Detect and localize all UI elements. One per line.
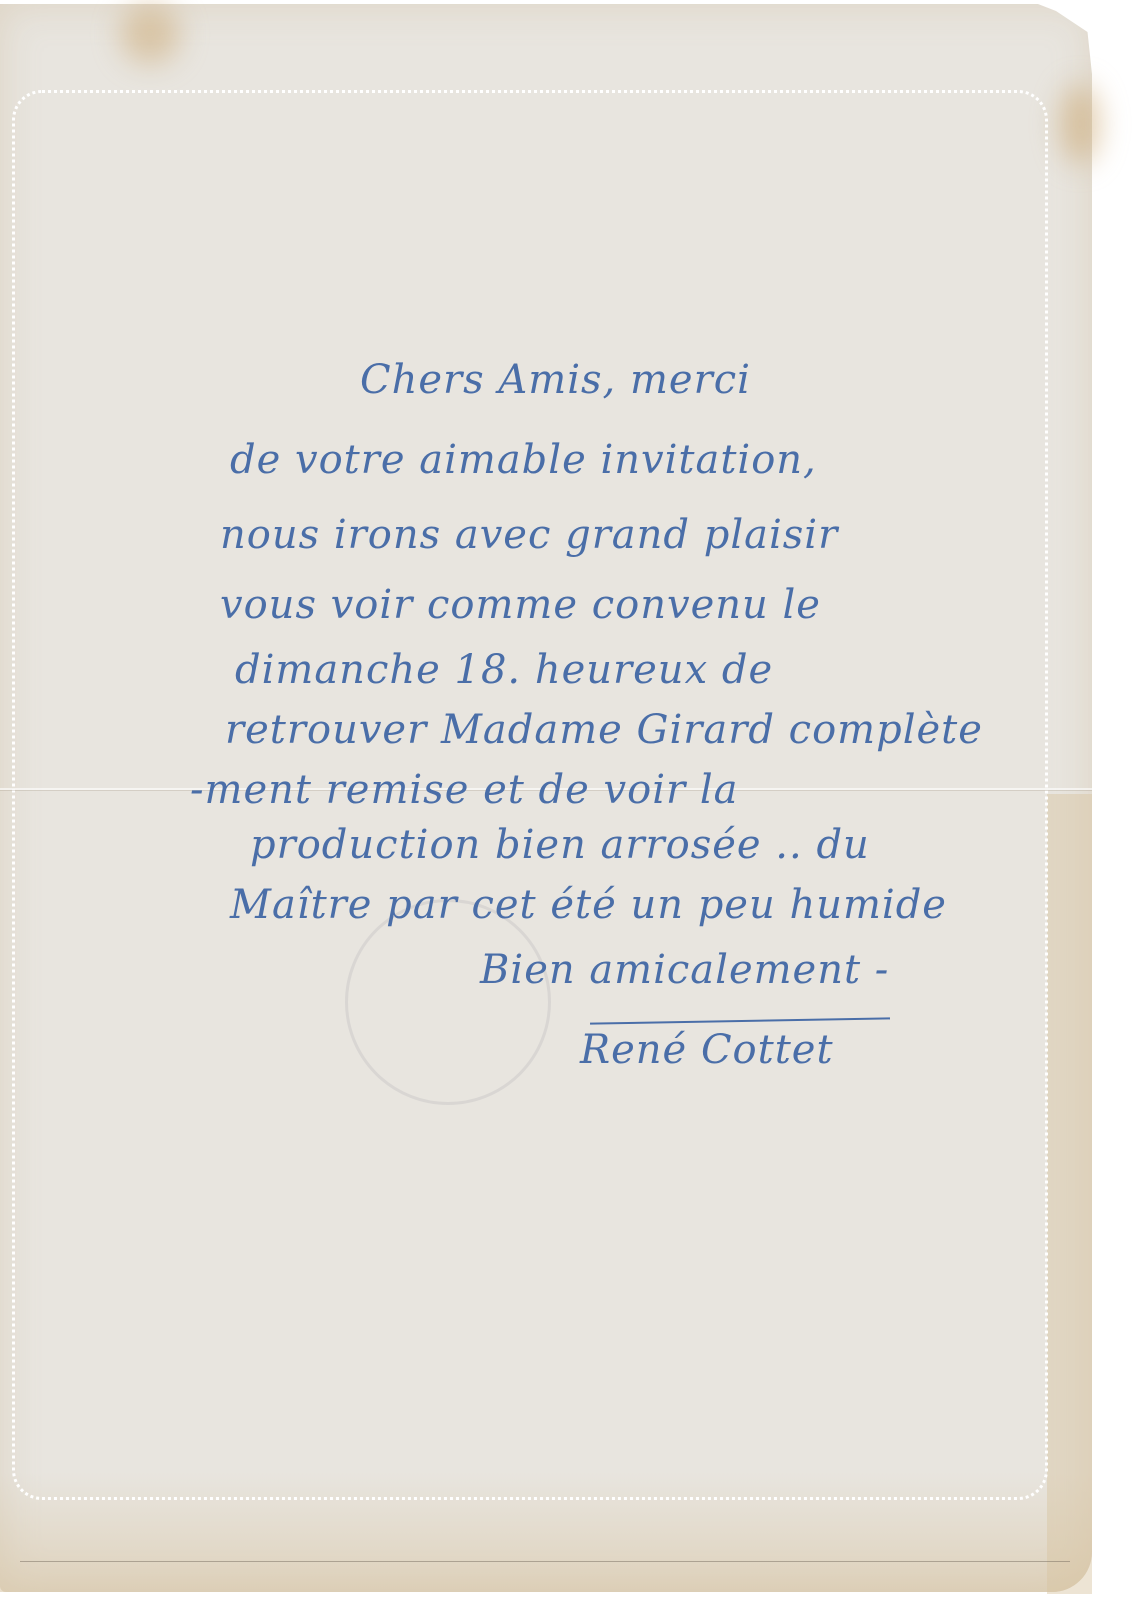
water-stain bbox=[1060, 84, 1100, 164]
flap-edge bbox=[20, 1561, 1070, 1562]
letter-line: de votre aimable invitation, bbox=[230, 430, 817, 490]
letter-signature: René Cottet bbox=[580, 1020, 834, 1080]
letter-line: production bien arrosée .. du bbox=[250, 815, 870, 875]
letter-line: Maître par cet été un peu humide bbox=[230, 875, 947, 935]
water-stain bbox=[120, 4, 180, 64]
letter-closing: Bien amicalement - bbox=[480, 940, 889, 1000]
letter-line: Chers Amis, merci bbox=[360, 350, 751, 410]
letter-line: vous voir comme convenu le bbox=[220, 575, 821, 635]
letter-line: retrouver Madame Girard complète bbox=[225, 700, 983, 760]
letter-line: dimanche 18. heureux de bbox=[235, 640, 773, 700]
letter-line: -ment remise et de voir la bbox=[190, 760, 739, 820]
letter-line: nous irons avec grand plaisir bbox=[220, 505, 838, 565]
